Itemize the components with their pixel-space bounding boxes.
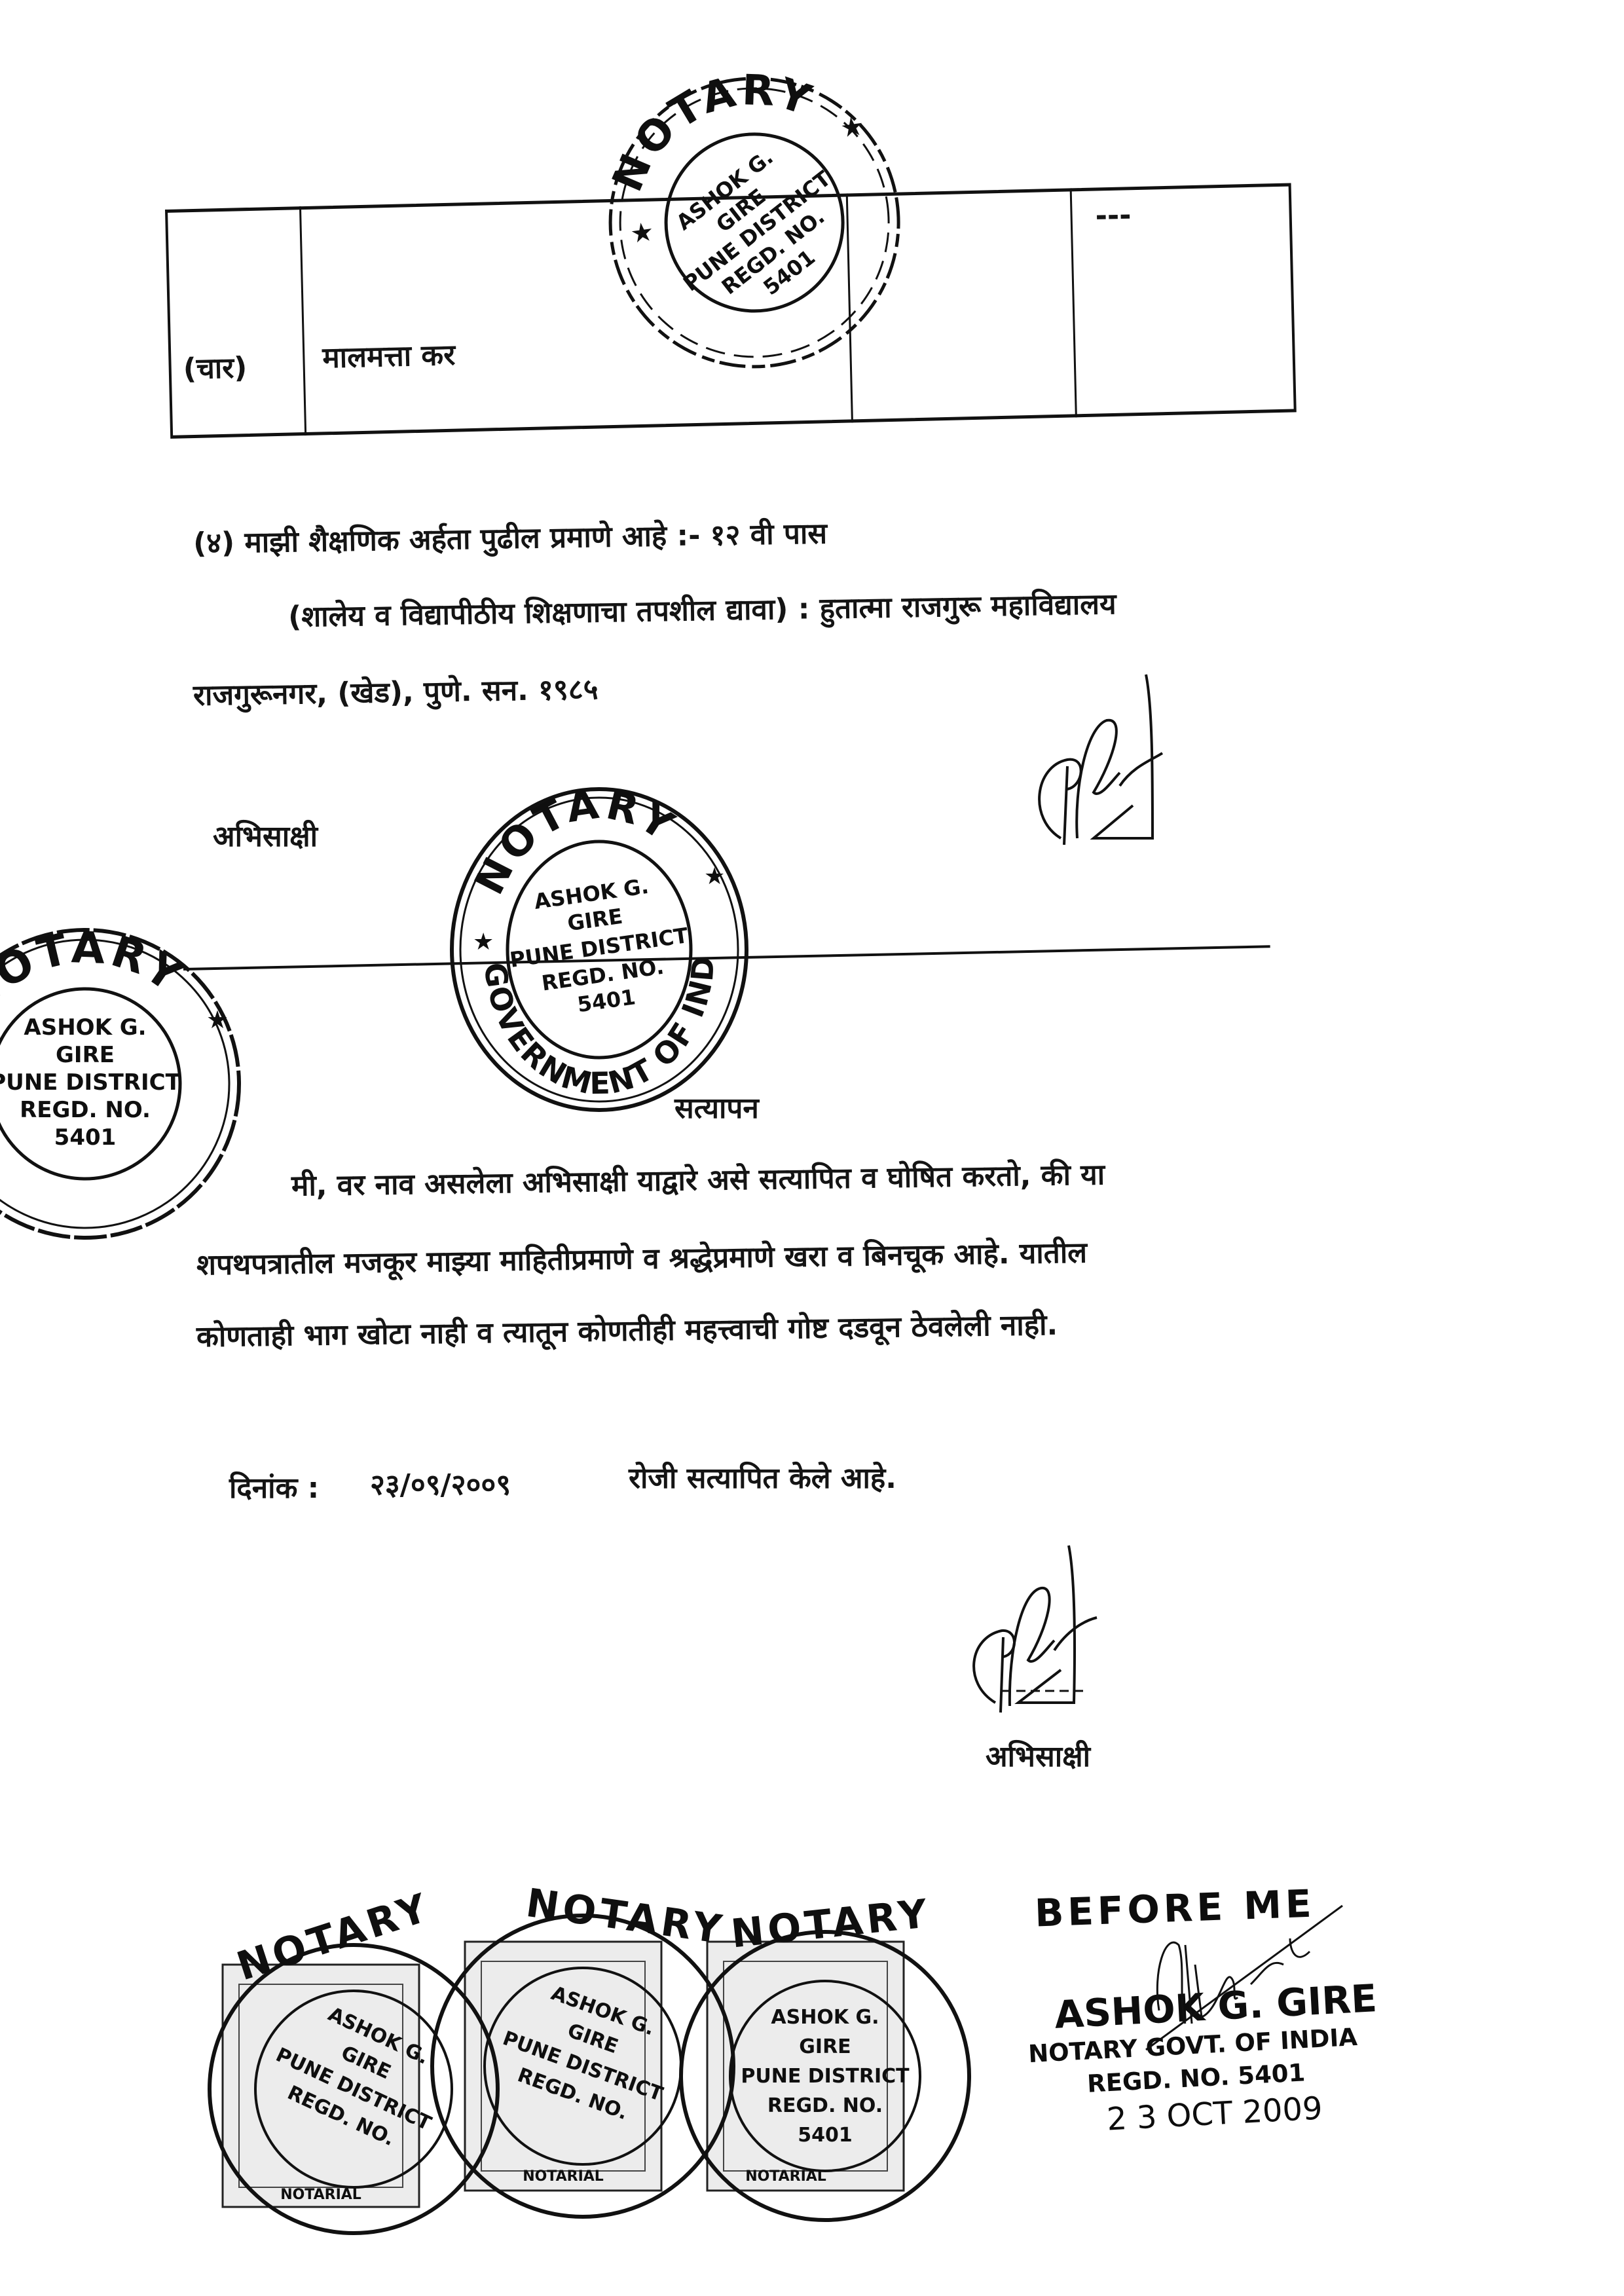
svg-text:ASHOK G.: ASHOK G. (771, 2006, 879, 2029)
table-cell-serial: (चार) (183, 346, 248, 387)
deponent-signature-top (1022, 668, 1166, 864)
svg-text:NOTARIAL: NOTARIAL (280, 2187, 361, 2203)
verification-line-3: कोणताही भाग खोटा नाही व त्यातून कोणतीही … (196, 1304, 1058, 1355)
svg-text:PUNE DISTRICT: PUNE DISTRICT (0, 1069, 181, 1096)
education-line-2: (शालेय व विद्यापीठीय शिक्षणाचा तपशील द्य… (288, 583, 1116, 635)
svg-text:PUNE DISTRICT: PUNE DISTRICT (741, 2065, 910, 2088)
deponent-signature-bottom (956, 1539, 1100, 1722)
svg-text:REGD. NO.: REGD. NO. (767, 2094, 883, 2117)
date-suffix: रोजी सत्यापित केले आहे. (629, 1457, 896, 1496)
svg-text:★: ★ (473, 929, 494, 955)
notary-date-stamp: 2 3 OCT 2009 (1106, 2090, 1323, 2138)
notary-seal-middle: NOTARY GOVERNMENT OF INDIA ★ ★ ASHOK G. … (445, 786, 753, 1113)
deponent-label-bottom: अभिसाक्षी (986, 1735, 1090, 1775)
verification-line-2: शपथपत्रातील मजकूर माझ्या माहितीप्रमाणे व… (196, 1232, 1088, 1284)
table-cell-value: --- (1095, 198, 1132, 232)
table-cell-item: मालमत्ता कर (322, 334, 456, 377)
svg-text:GIRE: GIRE (56, 1042, 115, 1068)
deponent-label-top: अभिसाक्षी (213, 815, 318, 855)
svg-text:NOTARY: NOTARY (591, 56, 834, 204)
svg-text:NOTARIAL: NOTARIAL (745, 2168, 826, 2185)
svg-text:5401: 5401 (54, 1124, 117, 1151)
svg-text:REGD. NO.: REGD. NO. (20, 1097, 151, 1123)
revenue-stamps: ASHOK G. GIRE PUNE DISTRICT REGD. NO. AS… (196, 1879, 1022, 2246)
svg-text:5401: 5401 (798, 2124, 853, 2147)
svg-text:GIRE: GIRE (799, 2035, 851, 2058)
svg-text:★: ★ (704, 863, 725, 890)
svg-text:NOTARIAL: NOTARIAL (523, 2168, 604, 2185)
notary-seal-left: NOTARY ★ ASHOK G. GIRE PUNE DISTRICT REG… (0, 923, 255, 1238)
svg-text:NOTARY: NOTARY (0, 922, 194, 1026)
tax-table: (चार) मालमत्ता कर --- (165, 183, 1297, 438)
education-line-3: राजगुरूनगर, (खेड), पुणे. सन. १९८५ (193, 668, 599, 714)
svg-text:★: ★ (206, 1005, 229, 1034)
svg-text:★: ★ (838, 111, 866, 144)
date-value: २३/०९/२००९ (370, 1464, 511, 1503)
notary-signature (1120, 1893, 1362, 2063)
date-label: दिनांक : (229, 1467, 319, 1506)
verification-heading: सत्यापन (674, 1087, 759, 1126)
svg-text:ASHOK G.: ASHOK G. (24, 1014, 146, 1041)
verification-line-1: मी, वर नाव असलेला अभिसाक्षी याद्वारे असे… (291, 1153, 1105, 1204)
education-line-1: (४) माझी शैक्षणिक अर्हता पुढील प्रमाणे आ… (193, 512, 828, 561)
